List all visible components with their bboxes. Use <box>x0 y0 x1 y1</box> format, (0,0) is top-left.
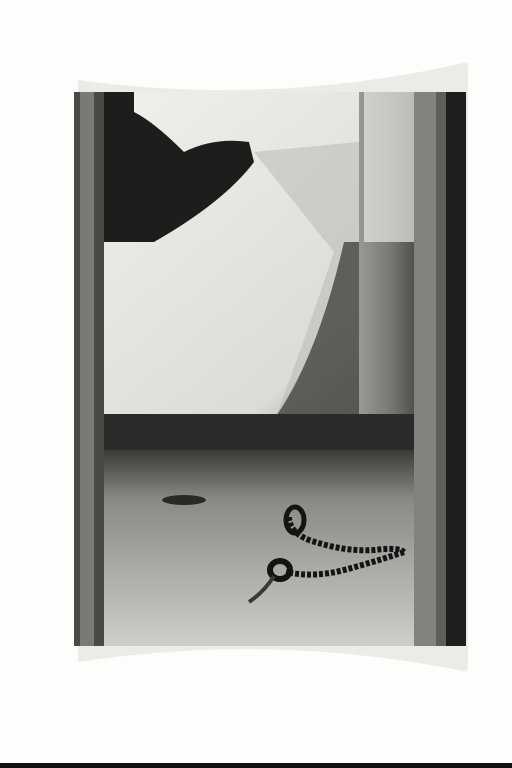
photograph <box>74 92 466 646</box>
bottom-edge-bar <box>0 763 512 768</box>
floor-debris <box>162 495 206 505</box>
baseboard-shadow <box>104 414 414 454</box>
photograph-scene <box>74 92 466 646</box>
